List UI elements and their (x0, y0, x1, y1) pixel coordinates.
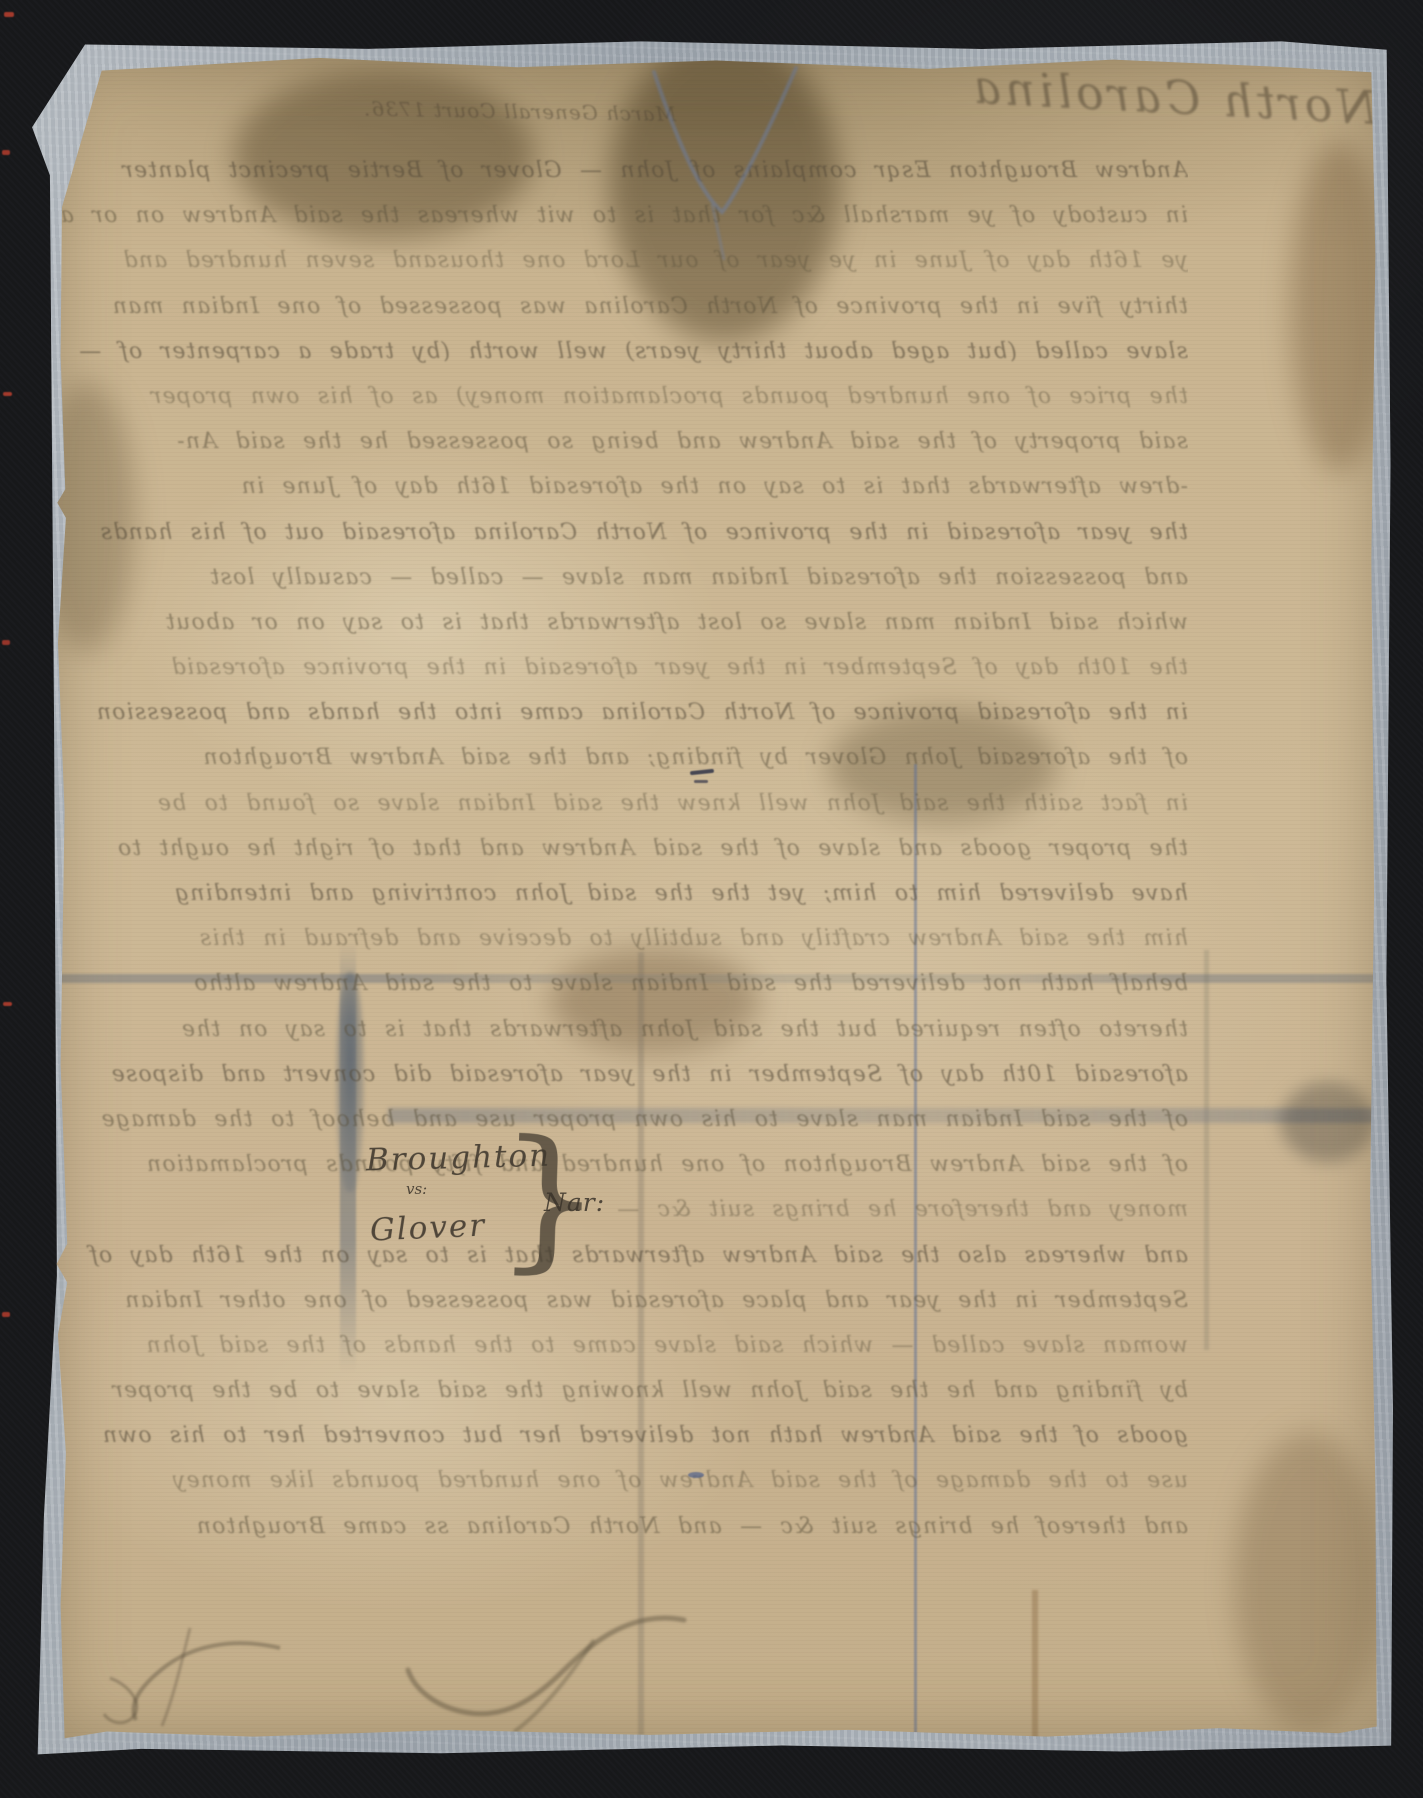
red-fiber-speck (2, 150, 10, 155)
red-fiber-speck (2, 640, 10, 645)
red-fiber-speck (3, 1002, 12, 1006)
letter-paper: North Carolina March Generall Court 1736… (54, 52, 1378, 1740)
red-fiber-speck (4, 12, 14, 17)
red-fiber-speck (3, 392, 12, 396)
photo-stage: North Carolina March Generall Court 1736… (0, 0, 1423, 1798)
red-fiber-speck (2, 1312, 10, 1317)
paper-edge-shading (54, 52, 1378, 1740)
